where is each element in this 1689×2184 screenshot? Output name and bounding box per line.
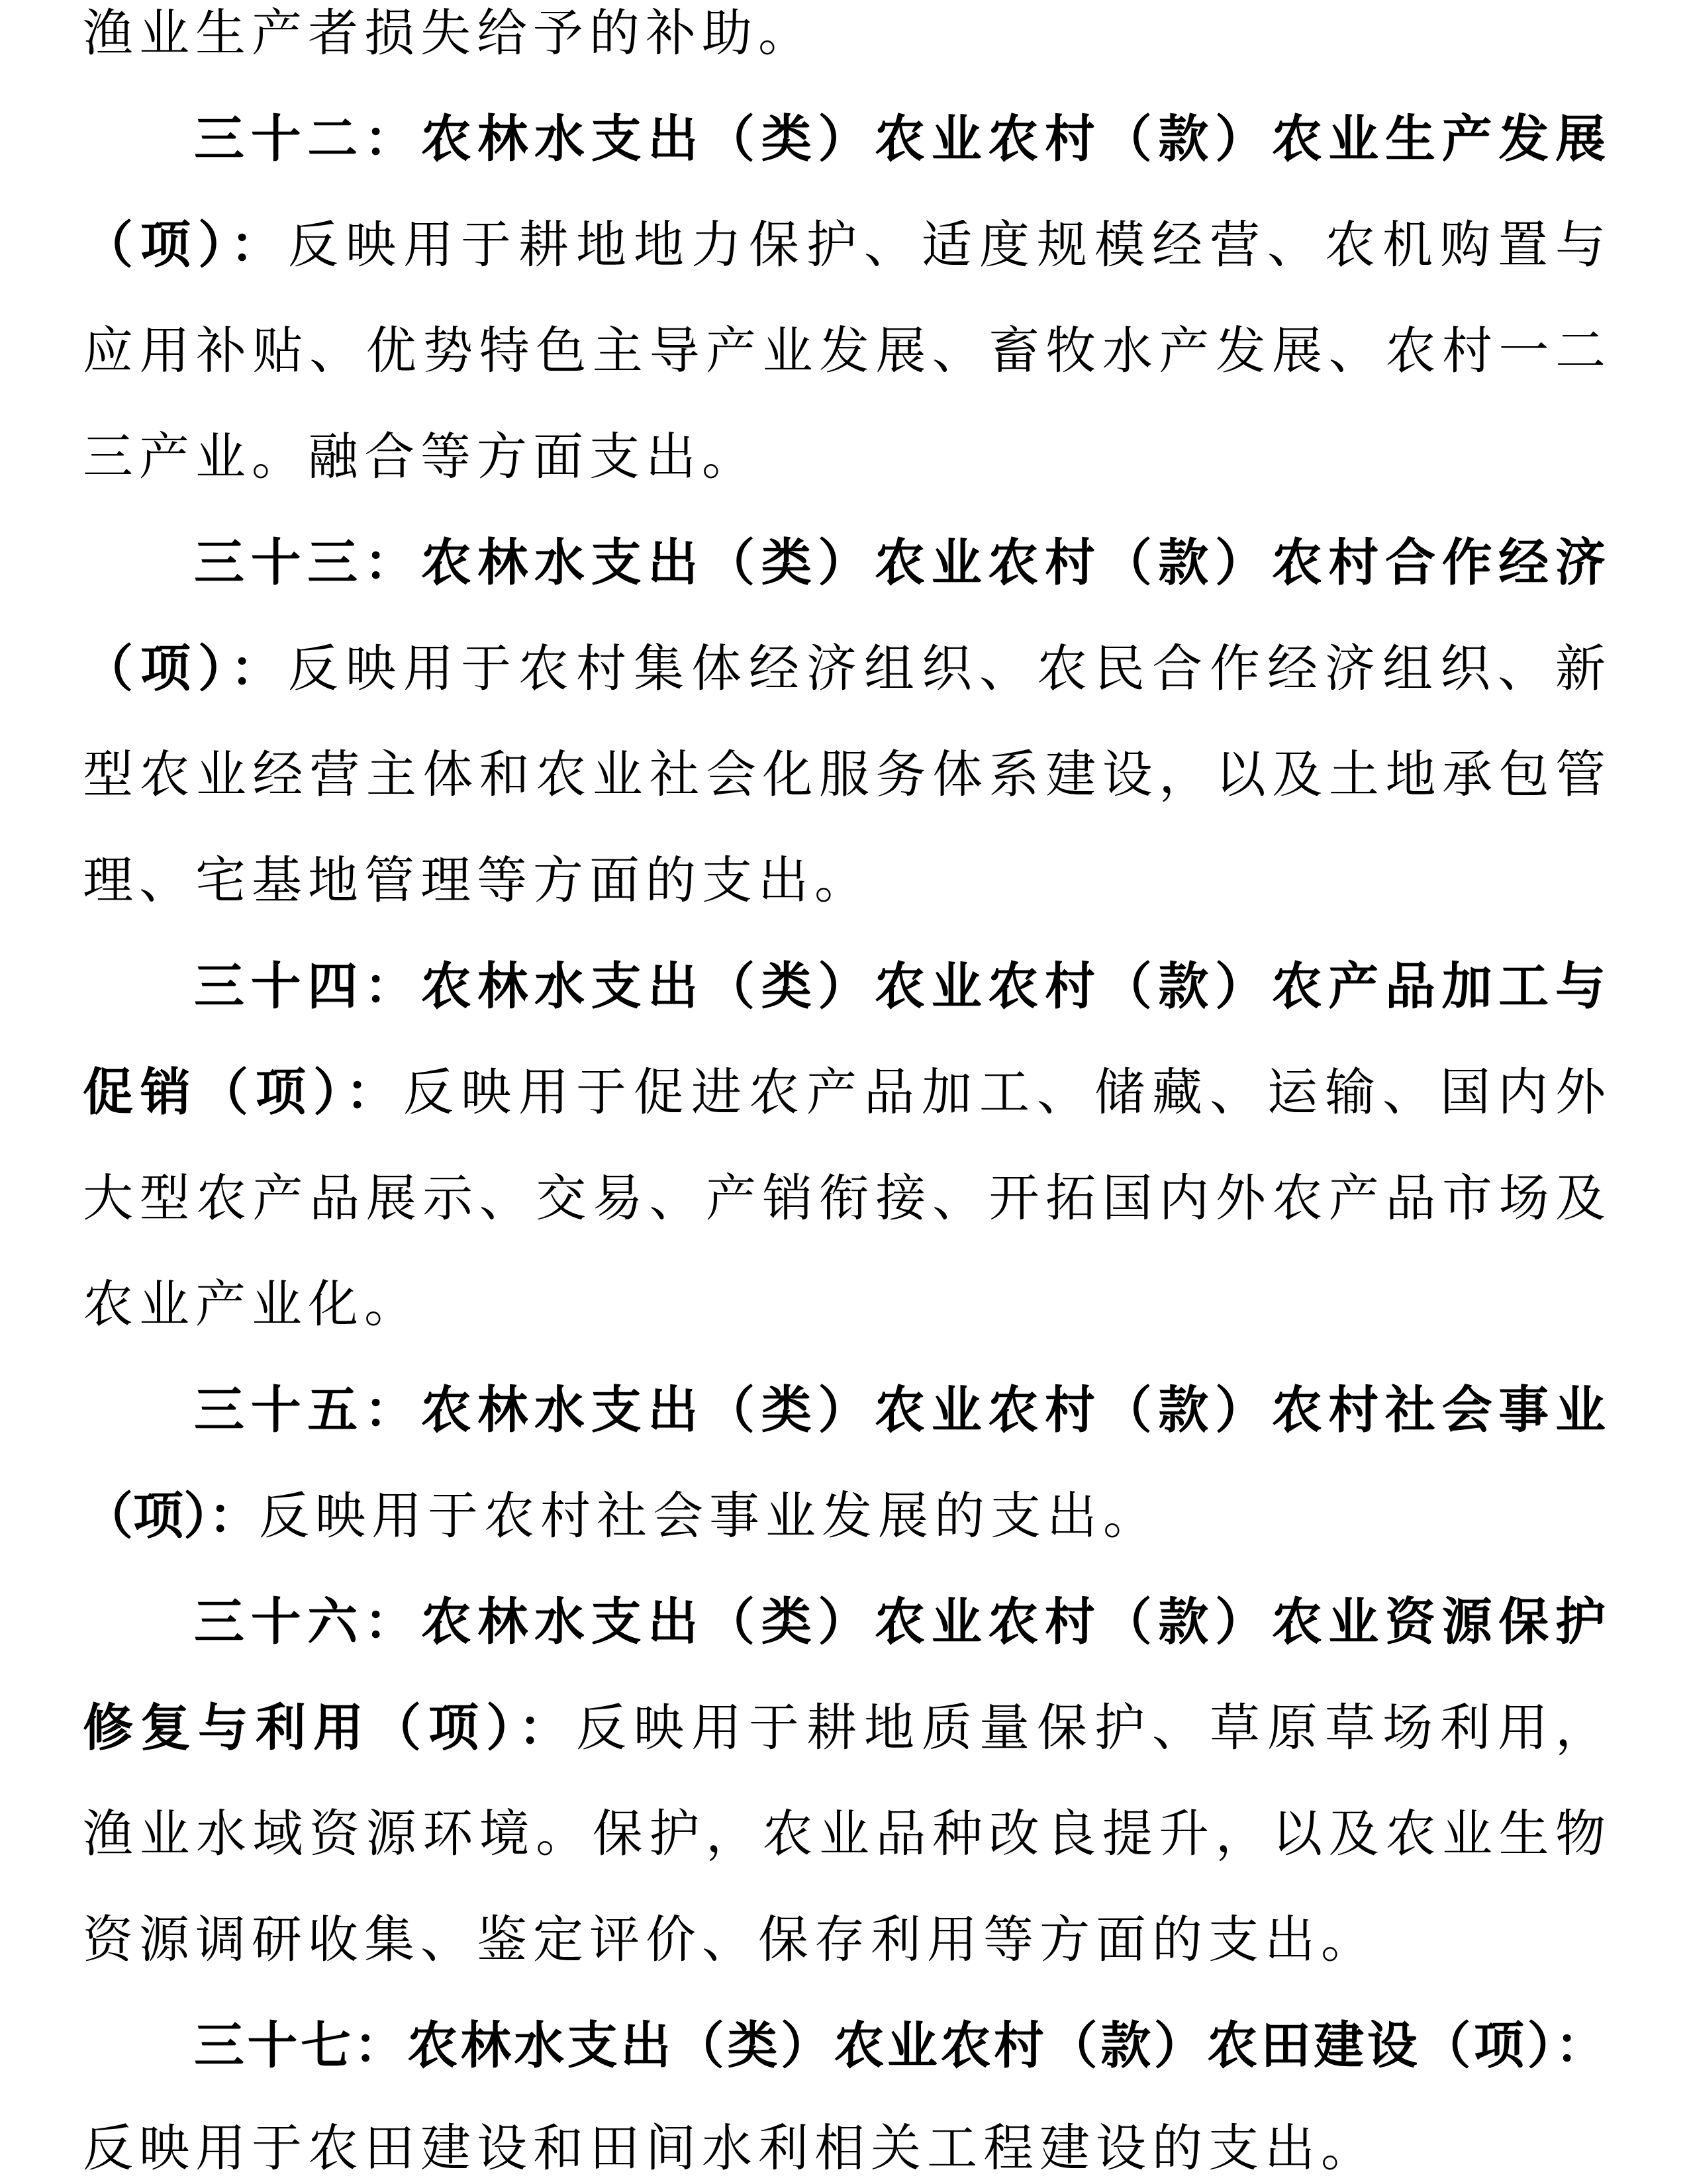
body-text: 反映用于耕地质量保护、草原草场利用， bbox=[576, 1698, 1606, 1757]
body-line: 渔业水域资源环境。保护，农业品种改良提升，以及农业生物 bbox=[83, 1801, 1606, 1867]
body-text: 反映用于农村集体经济组织、农民合作经济组织、新 bbox=[288, 639, 1606, 698]
body-text: 反映用于促进农产品加工、储藏、运输、国内外 bbox=[403, 1063, 1606, 1121]
body-line: 三产业。融合等方面支出。 bbox=[83, 424, 1606, 490]
section-heading-37: 三十七：农林水支出（类）农业农村（款）农田建设（项）： bbox=[194, 2013, 1606, 2079]
item-label: 促销（项）： bbox=[83, 1063, 403, 1121]
item-label: 修复与利用（项）： bbox=[83, 1698, 576, 1757]
section-body-36: 修复与利用（项）：反映用于耕地质量保护、草原草场利用， bbox=[83, 1695, 1606, 1761]
section-heading-32: 三十二：农林水支出（类）农业农村（款）农业生产发展 bbox=[194, 106, 1606, 172]
item-label: （项）： bbox=[83, 1486, 259, 1545]
section-body-32: （项）：反映用于耕地地力保护、适度规模经营、农机购置与 bbox=[83, 212, 1606, 278]
body-line: 型农业经营主体和农业社会化服务体系建设，以及土地承包管 bbox=[83, 741, 1606, 808]
section-body-33: （项）：反映用于农村集体经济组织、农民合作经济组织、新 bbox=[83, 636, 1606, 702]
section-heading-35: 三十五：农林水支出（类）农业农村（款）农村社会事业 bbox=[194, 1377, 1606, 1443]
body-line: 资源调研收集、鉴定评价、保存利用等方面的支出。 bbox=[83, 1907, 1606, 1973]
body-line: 大型农产品展示、交易、产销衔接、开拓国内外农产品市场及 bbox=[83, 1165, 1606, 1231]
body-line: 反映用于农田建设和田间水利相关工程建设的支出。 bbox=[83, 2115, 1606, 2181]
body-line: 渔业生产者损失给予的补助。 bbox=[83, 0, 1606, 66]
section-heading-36: 三十六：农林水支出（类）农业农村（款）农业资源保护 bbox=[194, 1589, 1606, 1655]
body-line: 农业产业化。 bbox=[83, 1271, 1606, 1337]
body-text: 反映用于耕地地力保护、适度规模经营、农机购置与 bbox=[288, 215, 1606, 274]
section-body-35: （项）：反映用于农村社会事业发展的支出。 bbox=[83, 1483, 1606, 1549]
section-body-34: 促销（项）：反映用于促进农产品加工、储藏、运输、国内外 bbox=[83, 1059, 1606, 1125]
item-label: （项）： bbox=[83, 215, 288, 274]
body-line: 应用补贴、优势特色主导产业发展、畜牧水产发展、农村一二 bbox=[83, 318, 1606, 384]
document-page: 渔业生产者损失给予的补助。 三十二：农林水支出（类）农业农村（款）农业生产发展 … bbox=[0, 0, 1689, 2184]
body-line: 理、宅基地管理等方面的支出。 bbox=[83, 847, 1606, 914]
section-heading-33: 三十三：农林水支出（类）农业农村（款）农村合作经济 bbox=[194, 530, 1606, 596]
item-label: （项）： bbox=[83, 639, 288, 698]
section-heading-34: 三十四：农林水支出（类）农业农村（款）农产品加工与 bbox=[194, 953, 1606, 1020]
body-text: 反映用于农村社会事业发展的支出。 bbox=[259, 1486, 1159, 1545]
